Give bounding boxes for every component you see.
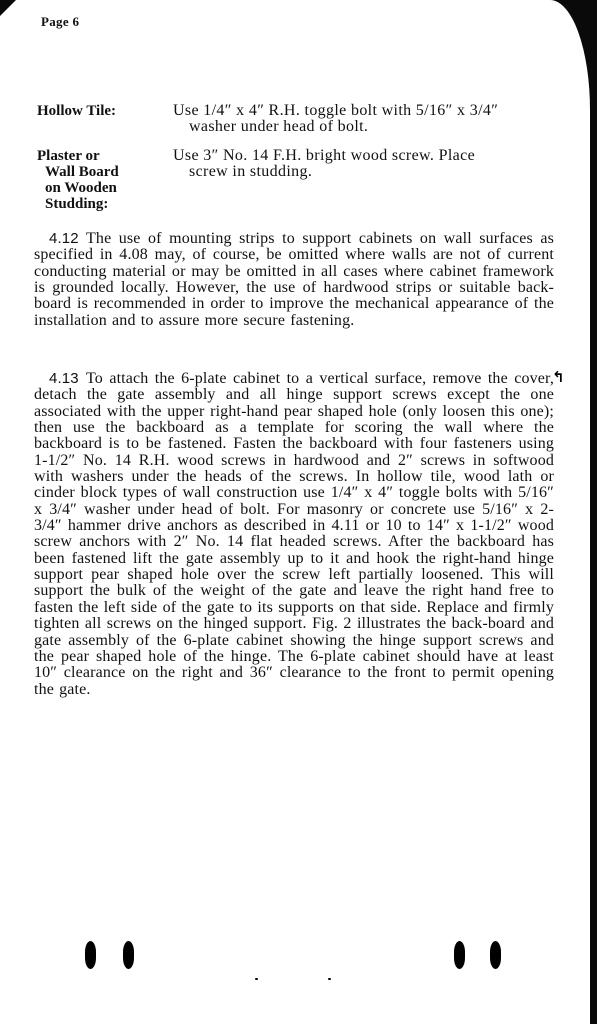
paragraph-4-13: 4.13To attach the 6-plate cabinet to a v… [34,371,554,698]
spec-text-first: Use 1/4″ x 4″ R.H. toggle bolt with 5/16… [173,103,555,119]
spec-label-line: Studding: [37,196,165,212]
spec-label-line: on Wooden [37,180,165,196]
scan-speck [328,978,331,980]
spec-hollow-tile: Hollow Tile: Use 1/4″ x 4″ R.H. toggle b… [37,103,557,137]
spec-label: Plaster or Wall Board on Wooden Studding… [37,148,165,212]
spec-text-first: Use 3″ No. 14 F.H. bright wood screw. Pl… [173,148,555,164]
paragraph-number: 4.12 [34,231,86,247]
paragraph-number: 4.13 [34,371,86,387]
paragraph-4-12: 4.12The use of mounting strips to suppor… [34,231,554,329]
paragraph-text: The use of mounting strips to support ca… [34,230,554,329]
scan-speck [255,978,258,980]
spec-text-rest: screw in studding. [173,164,555,180]
return-arrow-icon: ↰ [552,368,565,386]
spec-label-line: Plaster or [37,148,165,164]
punch-hole-mark [85,941,96,969]
paragraph-text: To attach the 6-plate cabinet to a verti… [34,370,554,698]
punch-hole-mark [454,941,465,969]
spec-text: Use 1/4″ x 4″ R.H. toggle bolt with 5/16… [173,103,555,135]
document-page: Page 6 Hollow Tile: Use 1/4″ x 4″ R.H. t… [0,0,597,1024]
page-number: Page 6 [41,14,79,30]
punch-hole-mark [490,941,501,969]
spec-plaster-wallboard: Plaster or Wall Board on Wooden Studding… [37,148,557,218]
spec-text: Use 3″ No. 14 F.H. bright wood screw. Pl… [173,148,555,180]
scan-corner [0,0,16,16]
punch-hole-mark [123,941,134,969]
spec-text-rest: washer under head of bolt. [173,119,555,135]
spec-label-line: Hollow Tile: [37,103,116,119]
spec-label: Hollow Tile: [37,103,165,119]
spec-label-line: Wall Board [37,164,165,180]
